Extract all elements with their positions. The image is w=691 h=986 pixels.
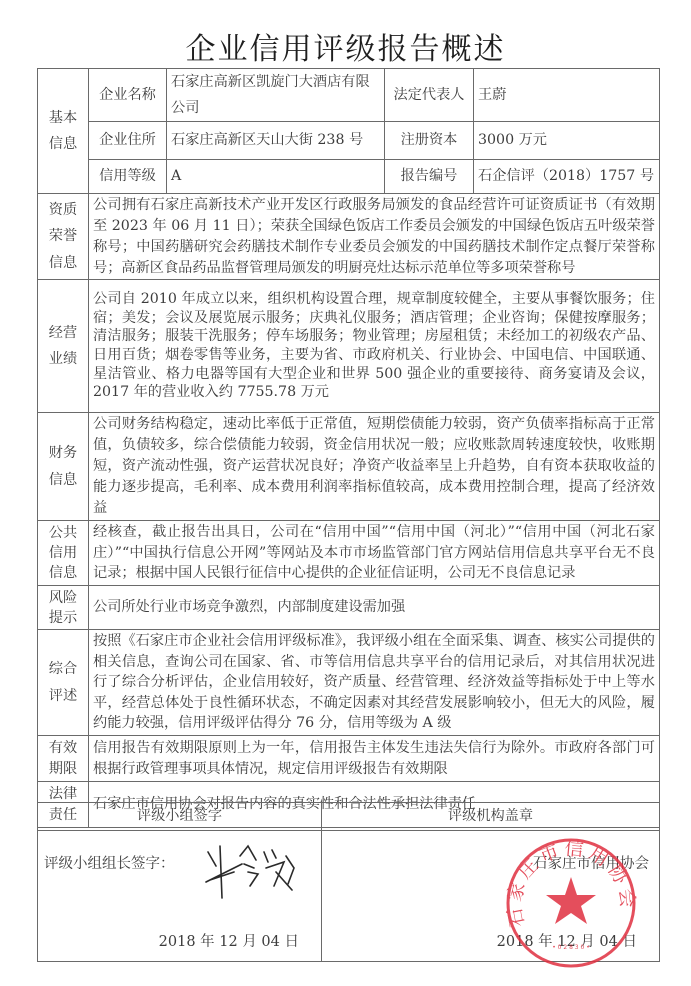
row-public-credit: 公共信用信息 经核查，截止报告出具日，公司在“信用中国”“信用中国（河北）”“信… (38, 521, 660, 586)
capital-label: 注册资本 (385, 122, 474, 160)
org-stamp-header: 评级机构盖章 (322, 803, 660, 831)
row-risk: 风险提示 公司所处行业市场竞争激烈，内部制度建设需加强 (38, 586, 660, 630)
report-no-value: 石企信评（2018）1757 号 (474, 160, 660, 194)
capital-value: 3000 万元 (474, 122, 660, 160)
row-summary: 综合评述 按照《石家庄市企业社会信用评级标准》，我评级小组在全面采集、调查、核实… (38, 630, 660, 736)
row-company-name: 基本信息 企业名称 石家庄高新区凯旋门大酒店有限公司 法定代表人 王蔚 (38, 69, 660, 122)
section-text-finance: 公司财务结构稳定，速动比率低于正常值，短期偿债能力较弱，资产负债率指标高于正常值… (89, 413, 660, 521)
legal-rep-label: 法定代表人 (385, 69, 474, 122)
section-label-qualifications: 资质荣誉信息 (38, 194, 89, 280)
section-text-risk: 公司所处行业市场竞争激烈，内部制度建设需加强 (89, 586, 660, 630)
leader-signature-label: 评级小组组长签字： (44, 851, 175, 878)
section-label-summary: 综合评述 (38, 630, 89, 736)
org-name: 石家庄市信用协会 (533, 851, 649, 878)
org-stamp-date: 2018 年 12 月 04 日 (497, 929, 637, 956)
signature-table: 评级小组签字 评级机构盖章 评级小组组长签字： 2018 年 12 月 04 日… (37, 802, 660, 962)
company-name-label: 企业名称 (89, 69, 167, 122)
grade-label: 信用等级 (89, 160, 167, 194)
company-name-value: 石家庄高新区凯旋门大酒店有限公司 (167, 69, 385, 122)
grade-value: A (167, 160, 385, 194)
section-label-performance: 经营业绩 (38, 280, 89, 413)
section-text-qualifications: 公司拥有石家庄高新技术产业开发区行政服务局颁发的食品经营许可证资质证书（有效期至… (89, 194, 660, 280)
section-label-public-credit: 公共信用信息 (38, 521, 89, 586)
report-no-label: 报告编号 (385, 160, 474, 194)
org-stamp-cell: 石家庄市信用协会 2018 年 12 月 04 日 (322, 831, 660, 962)
page-title: 企业信用评级报告概述 (0, 24, 691, 68)
report-table: 基本信息 企业名称 石家庄高新区凯旋门大酒店有限公司 法定代表人 王蔚 企业住所… (37, 68, 660, 828)
section-text-public-credit: 经核查，截止报告出具日，公司在“信用中国”“信用中国（河北）”“信用中国（河北石… (89, 521, 660, 586)
section-label-basic: 基本信息 (38, 69, 89, 194)
address-label: 企业住所 (89, 122, 167, 160)
address-value: 石家庄高新区天山大街 238 号 (167, 122, 385, 160)
row-grade: 信用等级 A 报告编号 石企信评（2018）1757 号 (38, 160, 660, 194)
handwritten-signature-icon (202, 842, 306, 902)
team-signature-header: 评级小组签字 (38, 803, 322, 831)
section-text-validity: 信用报告有效期限原则上为一年，信用报告主体发生违法失信行为除外。市政府各部门可根… (89, 736, 660, 782)
team-signature-date: 2018 年 12 月 04 日 (159, 929, 299, 956)
section-label-validity: 有效期限 (38, 736, 89, 782)
row-qualifications: 资质荣誉信息 公司拥有石家庄高新技术产业开发区行政服务局颁发的食品经营许可证资质… (38, 194, 660, 280)
section-text-performance: 公司自 2010 年成立以来，组织机构设置合理，规章制度较健全，主要从事餐饮服务… (89, 280, 660, 413)
row-finance: 财务信息 公司财务结构稳定，速动比率低于正常值，短期偿债能力较弱，资产负债率指标… (38, 413, 660, 521)
row-performance: 经营业绩 公司自 2010 年成立以来，组织机构设置合理，规章制度较健全，主要从… (38, 280, 660, 413)
section-label-finance: 财务信息 (38, 413, 89, 521)
section-label-risk: 风险提示 (38, 586, 89, 630)
row-validity: 有效期限 信用报告有效期限原则上为一年，信用报告主体发生违法失信行为除外。市政府… (38, 736, 660, 782)
legal-rep-value: 王蔚 (474, 69, 660, 122)
section-text-summary: 按照《石家庄市企业社会信用评级标准》，我评级小组在全面采集、调查、核实公司提供的… (89, 630, 660, 736)
row-address: 企业住所 石家庄高新区天山大街 238 号 注册资本 3000 万元 (38, 122, 660, 160)
